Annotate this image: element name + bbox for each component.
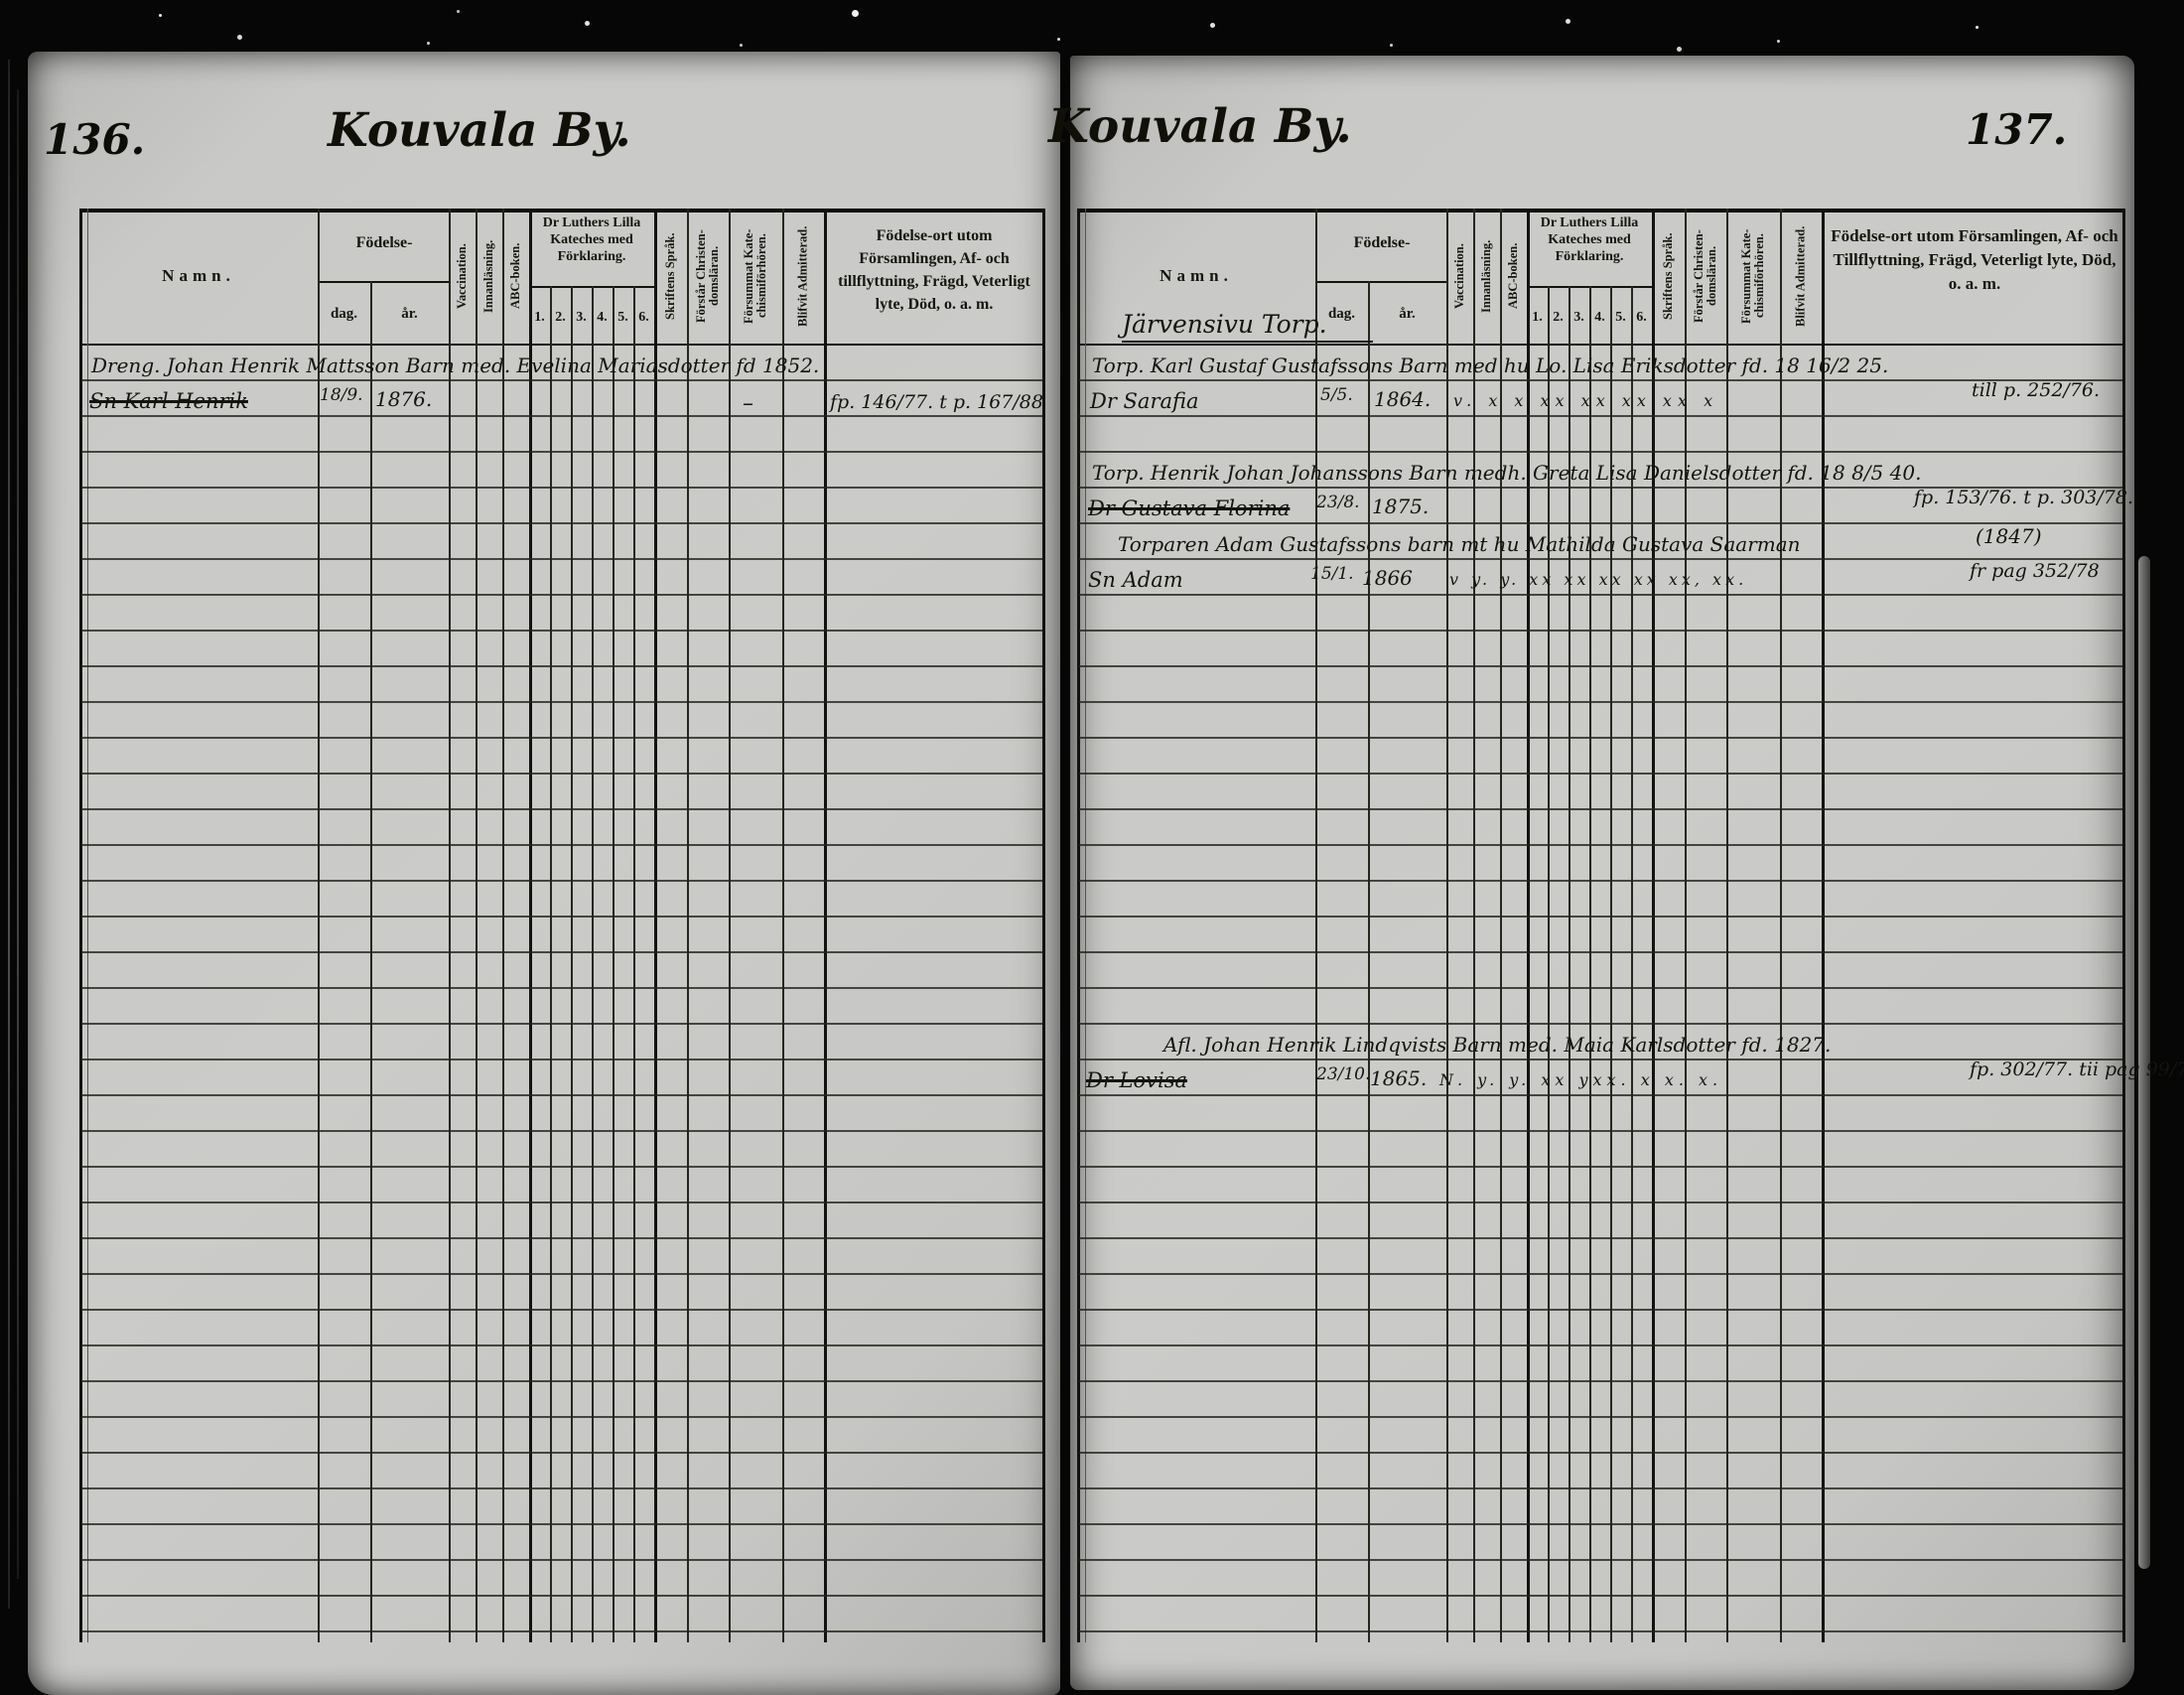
fodelse-split-line (318, 281, 451, 283)
book-spine-edge (8, 60, 10, 1609)
col-header-kateches: Dr Luthers Lilla Kateches med Förklaring… (530, 214, 653, 265)
col-header-forstar: Förstår Christen­domsläran. (687, 211, 729, 342)
page-number-left: 136. (44, 115, 145, 164)
family-header-note: (1847) (1976, 524, 2042, 548)
col-header-kateches: Dr Luthers Lilla Kateches med Förklaring… (1528, 214, 1651, 265)
birth-year-entry: 1865. (1370, 1066, 1427, 1090)
col-header-forsummat: Försummat Kate­chismiförhören. (1726, 211, 1780, 342)
child-name-entry: Sn Adam (1088, 568, 1183, 592)
col-header-fodelseort: Födelse-ort utom Församlingen, Af- och t… (828, 224, 1040, 316)
col-header-blifvit: Blifvit Admit­terad. (1780, 211, 1822, 342)
dash-mark: – (743, 391, 753, 416)
birth-year-entry: 1866 (1362, 566, 1413, 590)
section-heading: Järvensivu Torp. (1122, 310, 1373, 343)
ledger-scan: 136. Kouvala By. Namn. Födelse- dag. år.… (0, 0, 2184, 1695)
margin-note: fr pag 352/78 (1970, 560, 2100, 582)
page-title-left: Kouvala By. (328, 103, 631, 158)
family-header-entry: Afl. Johan Henrik Lindqvists Barn med. M… (1163, 1033, 1831, 1057)
birth-day-entry: 18/9. (320, 385, 363, 405)
col-header-namn: Namn. (79, 266, 318, 286)
kateches-col-4: 4. (1589, 310, 1610, 326)
birth-year-entry: 1864. (1374, 387, 1431, 411)
col-header-blifvit: Blifvit Admit­terad. (782, 211, 824, 342)
col-header-abc-boken: ABC-boken. (1500, 211, 1527, 342)
kateches-col-5: 5. (1610, 310, 1631, 326)
birth-day-entry: 15/1. (1310, 564, 1354, 584)
kateches-col-2: 2. (1548, 310, 1569, 326)
margin-note: fp. 153/76. t p. 303/78. (1914, 487, 2133, 508)
kateches-col-2: 2. (550, 310, 571, 326)
col-header-namn: Namn. (1077, 266, 1315, 286)
col-header-skriftens-sprak: Skriftens Språk. (654, 211, 687, 342)
col-header-forstar: Förstår Christen­domsläran. (1685, 211, 1726, 342)
child-name-entry: Dr Lovisa (1086, 1068, 1187, 1092)
kateches-col-4: 4. (592, 310, 613, 326)
col-header-vaccination: Vaccination. (1446, 211, 1473, 342)
kateches-col-3: 3. (571, 310, 592, 326)
col-header-fodelseort: Födelse-ort utom Församlingen, Af- och T… (1831, 224, 2118, 296)
col-header-innanlasning: Innanläsning. (476, 211, 502, 342)
family-header-entry: Torp. Henrik Johan Johanssons Barn medh.… (1092, 461, 1921, 485)
kateches-col-1: 1. (529, 310, 550, 326)
birth-year-entry: 1875. (1372, 494, 1429, 518)
col-header-abc-boken: ABC-boken. (502, 211, 529, 342)
table-top-border (79, 209, 1044, 212)
kateches-col-6: 6. (1631, 310, 1652, 326)
birth-year-entry: 1876. (375, 387, 432, 411)
fodelse-split-line (1315, 281, 1448, 283)
table-vline (2122, 209, 2125, 1642)
kateches-col-5: 5. (613, 310, 633, 326)
birth-day-entry: 23/8. (1316, 493, 1360, 512)
col-header-innanlasning: Innanläsning. (1473, 211, 1500, 342)
family-header-entry: Torp. Karl Gustaf Gustafssons Barn med h… (1092, 353, 1888, 377)
page-number-right: 137. (1966, 105, 2067, 154)
col-header-ar: år. (1368, 306, 1446, 323)
col-header-vaccination: Vaccination. (449, 211, 476, 342)
col-header-ar: år. (370, 306, 449, 323)
birth-day-entry: 23/10. (1316, 1064, 1370, 1084)
margin-note: fp. 146/77. t p. 167/88 (830, 391, 1043, 413)
kateches-col-3: 3. (1569, 310, 1589, 326)
child-name-entry: Dr Sarafia (1090, 389, 1199, 413)
book-spine-edge (17, 89, 19, 1579)
table-vline (1042, 209, 1045, 1642)
col-header-forsummat: Försummat Kate­chismiförhören. (729, 211, 782, 342)
birth-day-entry: 5/5. (1320, 385, 1353, 405)
col-header-dag: dag. (318, 306, 370, 323)
child-name-entry: Dr Gustava Florina (1088, 496, 1290, 520)
family-header-entry: Torparen Adam Gustafssons barn mt hu Mat… (1118, 532, 1801, 556)
child-name-entry: Sn Karl Henrik (89, 389, 248, 413)
page-title-right: Kouvala By. (1048, 99, 1352, 154)
dust-specks (159, 14, 162, 17)
kateches-col-1: 1. (1527, 310, 1548, 326)
family-header-entry: Dreng. Johan Henrik Mattsson Barn med. E… (91, 353, 819, 377)
exam-marks: v. x x xx xx xx xx x (1453, 391, 1718, 410)
col-header-fodelse: Födelse- (318, 234, 451, 252)
margin-note: fp. 302/77. tii pag 99/77. (1970, 1059, 2184, 1080)
col-header-fodelse: Födelse- (1315, 234, 1448, 252)
ruled-lines (81, 346, 1042, 1642)
margin-note: till p. 252/76. (1972, 379, 2100, 401)
table-top-border (1077, 209, 2124, 212)
exam-marks: v y. y. xx xx xx xx xx, xx. (1449, 570, 1747, 589)
exam-marks: N. y. y. xx yxx. x x. x. (1439, 1070, 1722, 1089)
kateches-col-6: 6. (633, 310, 654, 326)
col-header-skriftens-sprak: Skriftens Språk. (1652, 211, 1685, 342)
